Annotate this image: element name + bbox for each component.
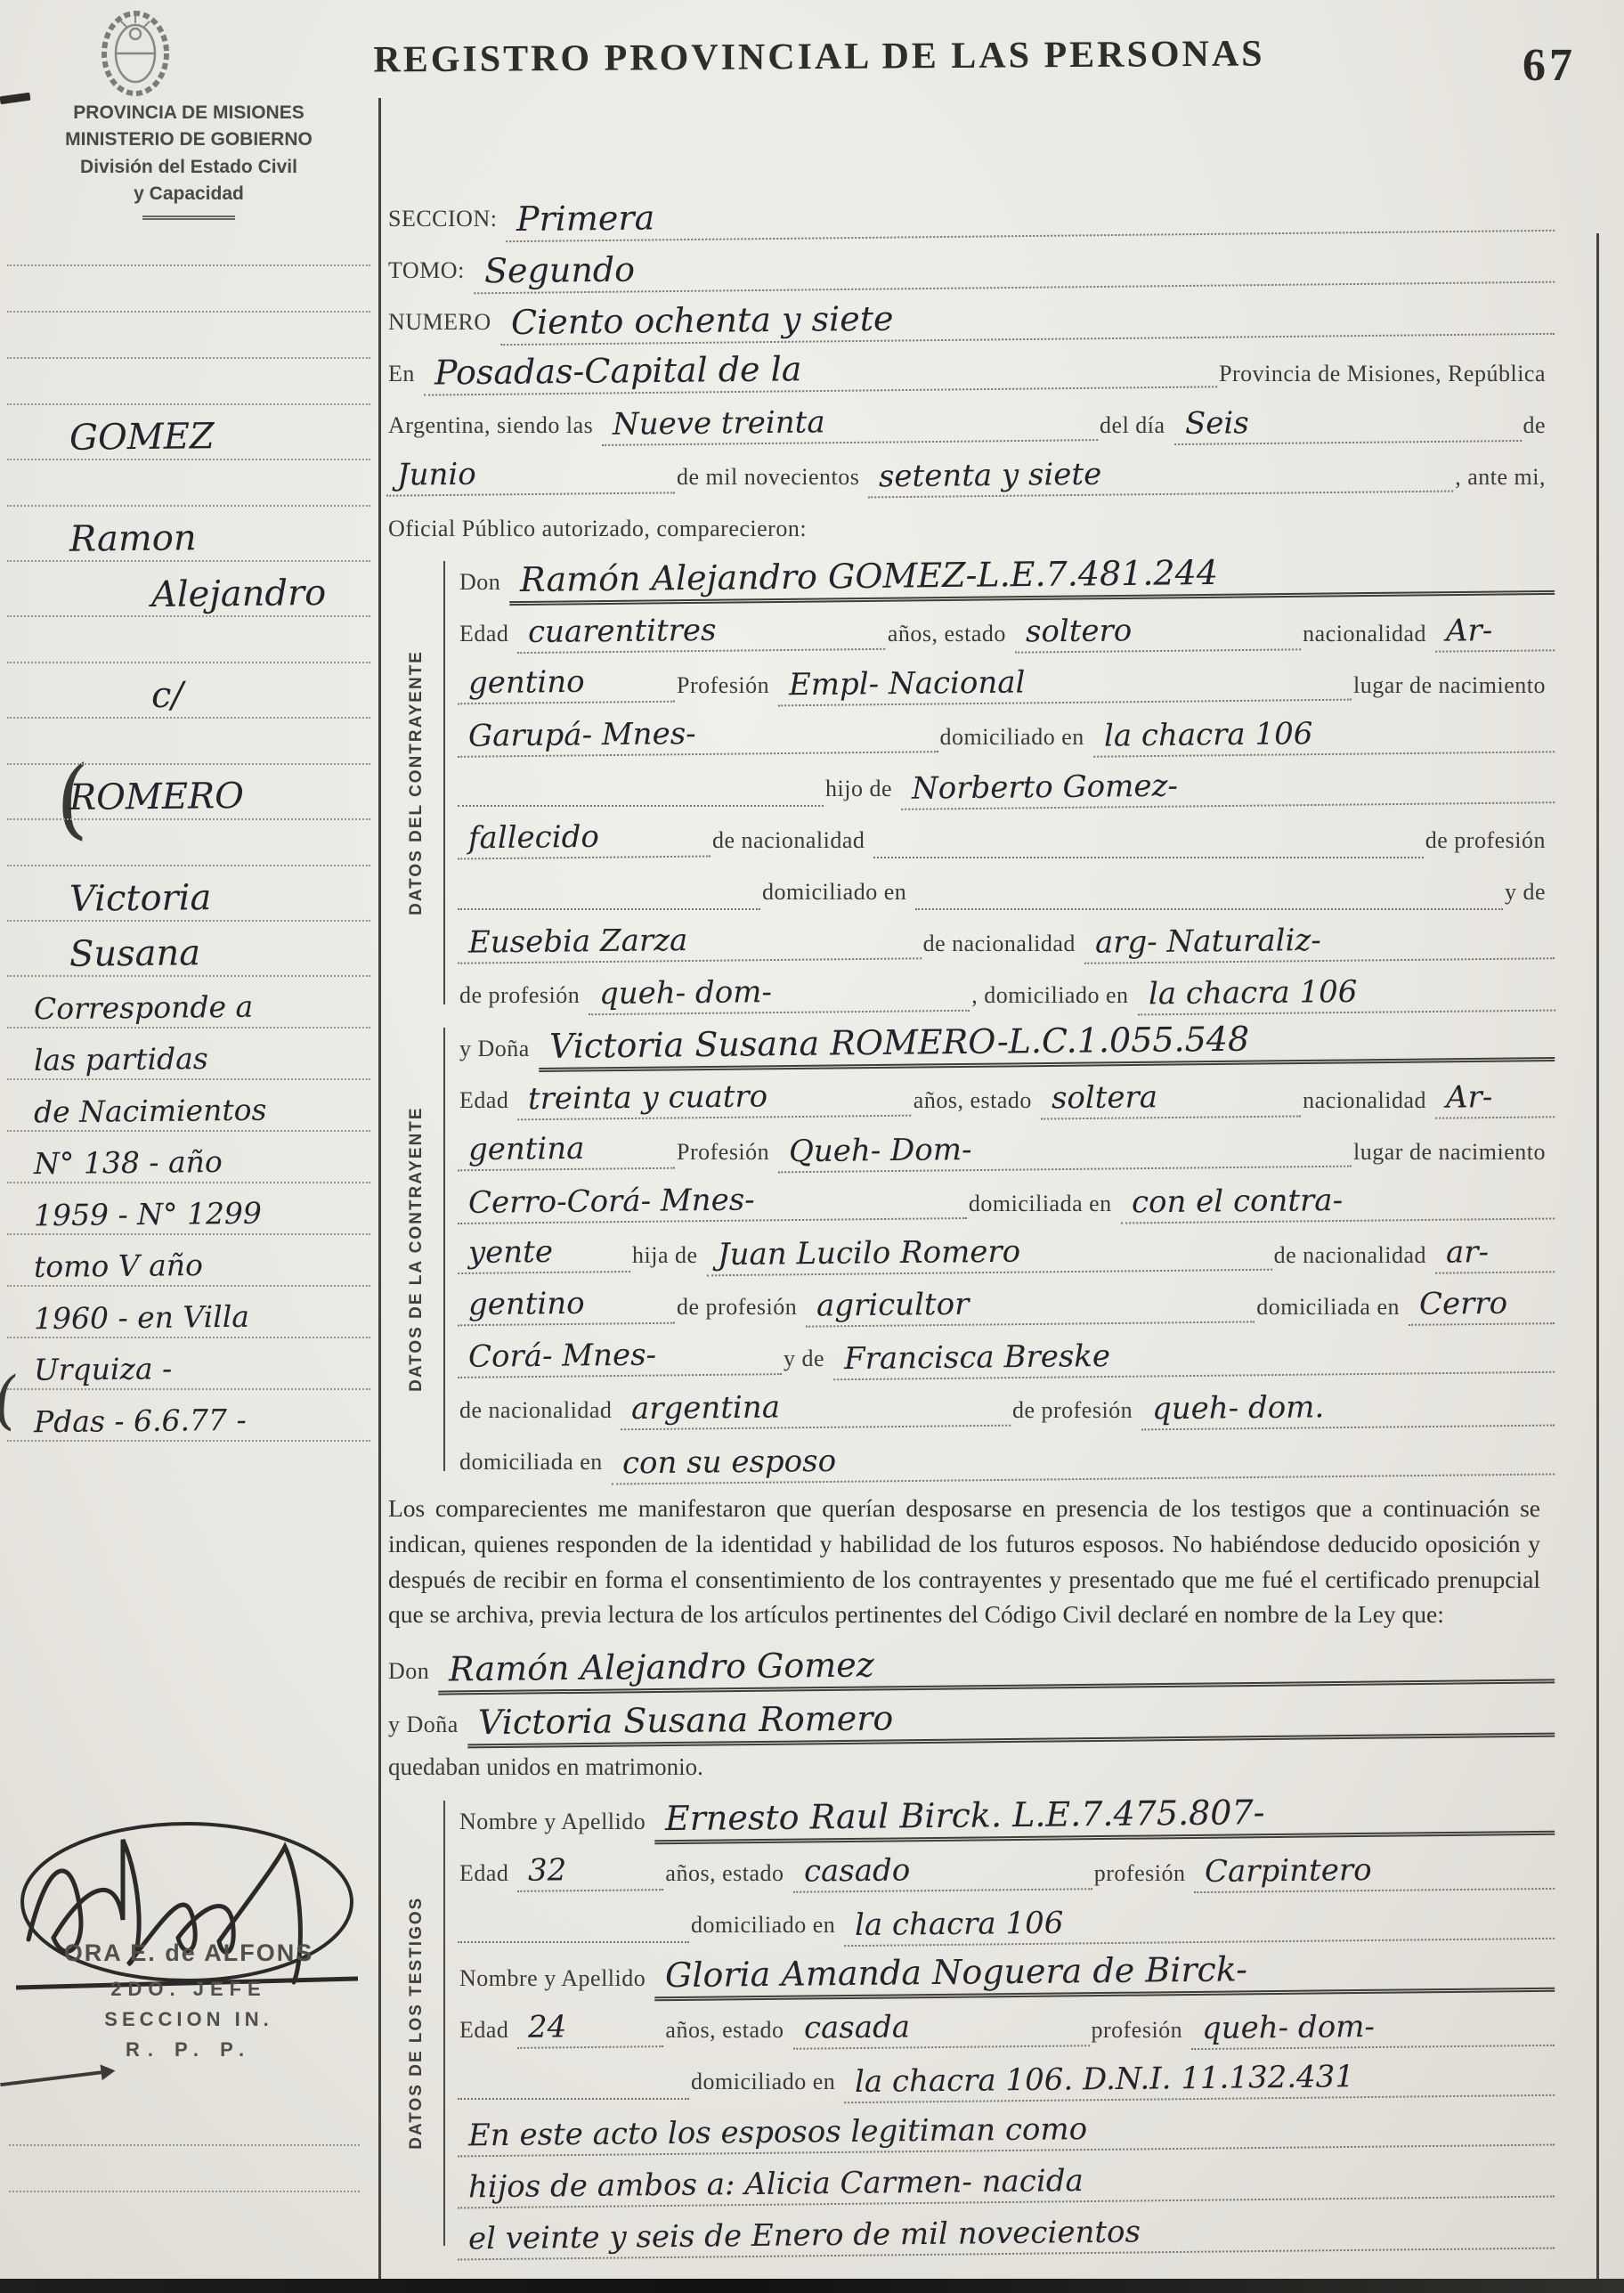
domiciliada-label: domiciliada en [967, 1191, 1121, 1222]
groom-age-row: Edad cuarentitres años, estado soltero n… [458, 611, 1555, 652]
handwritten-text: ROMERO [59, 777, 255, 819]
handwritten-text: 1959 - N° 1299 [23, 1199, 272, 1235]
org-line: División del Estado Civil [24, 154, 353, 181]
bride-father-value: Juan Lucilo Romero [706, 1234, 1271, 1276]
handwritten-text: tomo V año [23, 1250, 214, 1286]
groom-nacionalidad-cont: gentino [458, 666, 675, 704]
groom-name-row: Don Ramón Alejandro GOMEZ-L.E.7.481.244 [458, 557, 1555, 600]
groom-nacionalidad-value: Ar- [1435, 615, 1555, 653]
ruled-line [7, 313, 370, 359]
blank-field [458, 775, 824, 807]
groom-section-label: DATOS DEL CONTRAYENTE [390, 561, 443, 1004]
y-de-label: y de [782, 1346, 833, 1377]
note-line: N° 138 - año [7, 1132, 370, 1183]
profesion-label: Profesión [675, 672, 778, 703]
y-dona-label: y Doña [386, 1712, 467, 1743]
bride-father-nat-cont: gentino [458, 1288, 675, 1326]
consent-paragraph: Los comparecientes me manifestaron que q… [388, 1491, 1540, 1633]
coat-of-arms-icon [77, 4, 194, 98]
domiciliado-label: domiciliado en [938, 724, 1093, 755]
legitimation-row: el veinte y seis de Enero de mil novecie… [458, 2214, 1555, 2255]
bride-mother-row: Corá- Mnes- y de Francisca Breske [458, 1336, 1555, 1377]
blank-field [458, 2068, 689, 2100]
form-row-tomo: TOMO: Segundo [386, 248, 1555, 289]
handwritten-text: Susana [59, 934, 212, 976]
ruled-line [7, 220, 370, 266]
witnesses-section: DATOS DE LOS TESTIGOS Nombre y Apellido … [386, 1797, 1555, 2255]
bride-mother-profession: queh- dom. [1141, 1390, 1555, 1431]
witness1-domicile-row: domiciliado en la chacra 106 [458, 1902, 1555, 1943]
case-name-bride-2: Susana [7, 922, 370, 977]
ante-mi-label: , ante mi, [1453, 464, 1555, 495]
handwritten-text: Pdas - 6.6.77 - [23, 1405, 257, 1441]
witness1-name-row: Nombre y Apellido Ernesto Raul Birck. L.… [458, 1797, 1555, 1840]
union-statement: quedaban unidos en matrimonio. [388, 1753, 1555, 1781]
don-label: Don [458, 569, 509, 600]
handwritten-text: Alejandro [141, 574, 337, 616]
witness2-name-row: Nombre y Apellido Gloria Amanda Noguera … [458, 1954, 1555, 1996]
y-dona-label: y Doña [458, 1036, 539, 1067]
argentina-label: Argentina, siendo las [386, 412, 602, 443]
declared-bride-row: y Doña Victoria Susana Romero [386, 1700, 1555, 1743]
blank-field [458, 1911, 689, 1943]
estado-label: años, estado [886, 621, 1015, 652]
bride-name-row: y Doña Victoria Susana ROMERO-L.C.1.055.… [458, 1024, 1555, 1067]
mes-value: Junio [386, 458, 675, 497]
note-line: 1960 - en Villa [7, 1287, 370, 1338]
provincia-label: Provincia de Misiones, República [1217, 361, 1555, 392]
lugar-label: lugar de nacimiento [1352, 672, 1555, 703]
ruled-line [7, 359, 370, 405]
ruled-lines [9, 2100, 360, 2192]
note-line: las partidas [7, 1029, 370, 1080]
bride-section-label: DATOS DE LA CONTRAYENTE [390, 1028, 443, 1471]
bride-nacionalidad-cont: gentina [458, 1133, 675, 1171]
ruled-line [7, 820, 370, 866]
de-profesion-label: de profesión [458, 982, 589, 1013]
y-de-label: y de [1503, 879, 1555, 910]
groom-father-status: fallecido [458, 821, 710, 860]
groom-mother-value: Eusebia Zarza [458, 923, 922, 964]
bride-lugar-value: Cerro-Corá- Mnes- [458, 1183, 967, 1224]
note-line: de Nacimientos [7, 1080, 370, 1132]
ruled-line [9, 2146, 360, 2192]
numero-value: Ciento ochenta y siete [499, 295, 1555, 346]
domiciliado-label: , domiciliado en [970, 982, 1137, 1013]
profesion-label: profesión [1089, 2017, 1191, 2048]
witness2-domicile-row: domiciliado en la chacra 106. D.N.I. 11.… [458, 2059, 1555, 2100]
stamp-section: SECCION IN. [9, 2008, 369, 2031]
de-nacionalidad-label: de nacionalidad [458, 1397, 621, 1428]
form-row-time-day: Argentina, siendo las Nueve treinta del … [386, 402, 1555, 443]
oficial-label: Oficial Público autorizado, compareciero… [386, 516, 816, 547]
case-surname-groom: GOMEZ [7, 405, 370, 460]
official-signature-block: ORA E. de ALFONS 2DO. JEFE SECCION IN. R… [9, 1806, 369, 2224]
profesion-label: Profesión [675, 1139, 778, 1170]
groom-mother-profession-row: de profesión queh- dom- , domiciliado en… [458, 972, 1555, 1013]
tomo-value: Segundo [474, 243, 1555, 295]
witness1-name: Ernesto Raul Birck. L.E.7.475.807- [654, 1793, 1555, 1844]
bride-father-domicile: Cerro [1409, 1288, 1555, 1325]
note-line: 1959 - N° 1299 [7, 1183, 370, 1235]
bride-father-row: yente hija de Juan Lucilo Romero de naci… [458, 1232, 1555, 1273]
seccion-label: SECCION: [386, 206, 506, 237]
groom-domicilio-value: la chacra 106 [1093, 716, 1555, 757]
case-name-bride: Victoria [7, 866, 370, 922]
form-row-numero: NUMERO Ciento ochenta y siete [386, 299, 1555, 340]
blank-field [873, 826, 1423, 858]
bride-father-profession: agricultor [806, 1286, 1255, 1327]
handwritten-text: de Nacimientos [23, 1095, 278, 1132]
domiciliado-label: domiciliado en [689, 2069, 844, 2100]
bride-profesion-value: Queh- Dom- [778, 1131, 1352, 1173]
witness1-domicile: la chacra 106 [844, 1903, 1555, 1947]
ruled-line [7, 617, 370, 663]
edad-label: Edad [458, 1860, 517, 1891]
case-name-groom-2: Alejandro [7, 562, 370, 617]
hijo-de-label: hijo de [824, 776, 901, 807]
groom-lugar-value: Garupá- Mnes- [458, 716, 938, 757]
declared-groom-name: Ramón Alejandro Gomez [438, 1641, 1555, 1695]
bride-estado-value: soltera [1041, 1081, 1302, 1120]
bride-rail: DATOS DE LA CONTRAYENTE [390, 1028, 445, 1471]
handwritten-text: N° 138 - año [23, 1147, 233, 1183]
legitimation-line: En este acto los esposos legitiman como [458, 2110, 1555, 2158]
witness2-domicile: la chacra 106. D.N.I. 11.132.431 [844, 2060, 1555, 2103]
de-profesion-label: de profesión [1424, 827, 1555, 858]
stamp-role: 2DO. JEFE [9, 1978, 369, 2001]
handwritten-text: c/ [141, 676, 194, 717]
profesion-label: profesión [1092, 1860, 1195, 1891]
groom-father-status-row: fallecido de nacionalidad de profesión [458, 817, 1555, 858]
del-dia-label: del día [1098, 412, 1174, 443]
handwritten-text: las partidas [23, 1044, 219, 1079]
groom-father-value: Norberto Gomez- [901, 767, 1555, 809]
witness2-age-row: Edad 24 años, estado casada profesión qu… [458, 2007, 1555, 2048]
declared-groom-row: Don Ramón Alejandro Gomez [386, 1647, 1555, 1689]
don-label: Don [386, 1658, 438, 1689]
handwritten-text: Corresponde a [23, 992, 264, 1028]
domiciliada-label: domiciliada en [458, 1449, 612, 1480]
bride-age-row: Edad treinta y cuatro años, estado solte… [458, 1077, 1555, 1118]
form-row-oficial: Oficial Público autorizado, compareciero… [386, 506, 1555, 547]
groom-father-domicile-row: domiciliado en y de [458, 869, 1555, 910]
column-divider [378, 98, 381, 2293]
handwritten-text: 1960 - en Villa [23, 1302, 260, 1338]
org-line: PROVINCIA DE MISIONES [24, 100, 353, 126]
bride-mother-nationality: argentina [621, 1390, 1011, 1430]
ruled-line [7, 460, 370, 507]
estado-label: años, estado [663, 1860, 792, 1891]
form-row-place: En Posadas-Capital de la Provincia de Mi… [386, 351, 1555, 392]
stamp-name: ORA E. de ALFONS [9, 1939, 369, 1967]
witness1-estado: casado [792, 1854, 1092, 1893]
note-line: Urquiza - [7, 1338, 370, 1390]
tomo-label: TOMO: [386, 257, 474, 289]
domiciliado-label: domiciliado en [689, 1912, 844, 1943]
groom-rail: DATOS DEL CONTRAYENTE [390, 561, 445, 1004]
nombre-apellido-label: Nombre y Apellido [458, 1965, 654, 1996]
blank-field [458, 878, 760, 910]
bride-name-value: Victoria Susana ROMERO-L.C.1.055.548 [539, 1019, 1555, 1072]
form-row-month-year: Junio de mil novecientos setenta y siete… [386, 454, 1555, 495]
official-stamp: ORA E. de ALFONS 2DO. JEFE SECCION IN. R… [9, 1939, 369, 2061]
domiciliada-label: domiciliada en [1255, 1294, 1409, 1325]
de-profesion-label: de profesión [675, 1294, 806, 1325]
ruled-line [7, 266, 370, 313]
edad-label: Edad [458, 2017, 517, 2048]
lugar-label: lugar de nacimiento [1352, 1139, 1555, 1170]
anio-value: setenta y siete [868, 456, 1453, 499]
domiciliado-label: domiciliado en [760, 879, 915, 910]
page-title: REGISTRO PROVINCIAL DE LAS PERSONAS [285, 32, 1353, 82]
witness2-profession: queh- dom- [1191, 2010, 1555, 2050]
place-value: Posadas-Capital de la [424, 347, 1218, 395]
estado-label: años, estado [663, 2017, 792, 2048]
groom-father-row: hijo de Norberto Gomez- [458, 766, 1555, 807]
case-versus: c/ [7, 663, 370, 719]
groom-name-value: Ramón Alejandro GOMEZ-L.E.7.481.244 [509, 552, 1555, 606]
en-label: En [386, 361, 424, 392]
blank-field [915, 878, 1503, 910]
witness1-age: 32 [517, 1854, 663, 1891]
stamp-org: R. P. P. [9, 2038, 369, 2061]
legitimation-row: hijos de ambos a: Alicia Carmen- nacida [458, 2162, 1555, 2203]
ruled-line [9, 2100, 360, 2146]
witness2-name: Gloria Amanda Noguera de Birck- [654, 1949, 1555, 2001]
right-margin-rule [1596, 233, 1599, 2281]
witnesses-section-label: DATOS DE LOS TESTIGOS [390, 1801, 443, 2246]
sidebar: PROVINCIA DE MISIONES MINISTERIO DE GOBI… [7, 100, 370, 1442]
groom-profesion-value: Empl- Nacional [778, 664, 1352, 706]
case-name-groom: Ramon [7, 507, 370, 562]
form-main: SECCION: Primera TOMO: Segundo NUMERO Ci… [386, 196, 1590, 2265]
nacionalidad-label: nacionalidad [1301, 1087, 1435, 1118]
note-line: tomo V año [7, 1235, 370, 1287]
bride-mother-domicile-row: domiciliada en con su esposo [458, 1439, 1555, 1480]
handwritten-text: Urquiza - [23, 1354, 183, 1389]
de-label: de [1521, 412, 1555, 443]
witness2-age: 24 [517, 2011, 663, 2048]
legitimation-line: hijos de ambos a: Alicia Carmen- nacida [458, 2161, 1555, 2209]
de-nacionalidad-label: de nacionalidad [1272, 1242, 1435, 1273]
de-mil-label: de mil novecientos [675, 464, 868, 495]
bride-section: DATOS DE LA CONTRAYENTE y Doña Victoria … [386, 1024, 1555, 1480]
groom-section: DATOS DEL CONTRAYENTE Don Ramón Alejandr… [386, 557, 1555, 1013]
witness1-age-row: Edad 32 años, estado casado profesión Ca… [458, 1850, 1555, 1891]
groom-birthplace-row: Garupá- Mnes- domiciliado en la chacra 1… [458, 714, 1555, 755]
bride-profession-row: gentina Profesión Queh- Dom- lugar de na… [458, 1129, 1555, 1170]
groom-mother-nationality: arg- Naturaliz- [1084, 923, 1555, 964]
groom-mother-domicile: la chacra 106 [1137, 975, 1555, 1016]
de-profesion-label: de profesión [1011, 1397, 1141, 1428]
org-line: MINISTERIO DE GOBIERNO [24, 126, 353, 153]
handwritten-text: Ramon [59, 519, 207, 561]
de-nacionalidad-label: de nacionalidad [710, 827, 873, 858]
bride-father-nat: ar- [1435, 1236, 1555, 1273]
note-line: Corresponde a [7, 977, 370, 1029]
bride-mother-nat-row: de nacionalidad argentina de profesión q… [458, 1387, 1555, 1428]
witness1-profession: Carpintero [1194, 1853, 1555, 1893]
nacionalidad-label: nacionalidad [1301, 621, 1435, 652]
dia-value: Seis [1173, 405, 1521, 445]
page-number: 67 [1522, 39, 1576, 92]
nombre-apellido-label: Nombre y Apellido [458, 1809, 654, 1840]
case-surname-bride: ROMERO [7, 765, 370, 820]
bride-father-domicile-cont: Corá- Mnes- [458, 1338, 782, 1378]
edad-label: Edad [458, 621, 517, 652]
witnesses-rail: DATOS DE LOS TESTIGOS [390, 1801, 445, 2246]
handwritten-text: Victoria [59, 879, 223, 921]
groom-mother-row: Eusebia Zarza de nacionalidad arg- Natur… [458, 921, 1555, 962]
form-row-seccion: SECCION: Primera [386, 196, 1555, 237]
groom-mother-profession: queh- dom- [589, 975, 970, 1015]
hora-value: Nueve treinta [602, 404, 1098, 446]
issuing-office: PROVINCIA DE MISIONES MINISTERIO DE GOBI… [24, 100, 353, 220]
scan-bottom-edge [0, 2279, 1624, 2293]
bride-birthplace-row: Cerro-Corá- Mnes- domiciliada en con el … [458, 1181, 1555, 1222]
scanned-marriage-certificate: ( ( REGISTRO PROVINCIAL DE LAS PERSONAS … [0, 0, 1624, 2293]
edad-label: Edad [458, 1087, 517, 1118]
seccion-value: Primera [506, 191, 1555, 242]
groom-estado-value: soltero [1015, 614, 1302, 654]
bride-nacionalidad-value: Ar- [1435, 1081, 1555, 1118]
bride-domicilio-cont: yente [458, 1236, 630, 1274]
bride-father-profession-row: gentino de profesión agricultor domicili… [458, 1284, 1555, 1325]
bride-age-value: treinta y cuatro [517, 1080, 912, 1120]
bride-mother-value: Francisca Breske [833, 1337, 1555, 1380]
org-line: y Capacidad [24, 181, 353, 207]
handwritten-text: GOMEZ [59, 418, 225, 459]
de-nacionalidad-label: de nacionalidad [922, 931, 1084, 962]
legitimation-row: En este acto los esposos legitiman como [458, 2110, 1555, 2151]
bride-domicilio-value: con el contra- [1120, 1183, 1555, 1224]
hija-de-label: hija de [630, 1242, 707, 1273]
bride-mother-domicile: con su esposo [612, 1439, 1555, 1485]
groom-profession-row: gentino Profesión Empl- Nacional lugar d… [458, 663, 1555, 703]
estado-label: años, estado [912, 1087, 1041, 1118]
marginal-note: Corresponde a las partidas de Nacimiento… [7, 977, 370, 1442]
groom-age-value: cuarentitres [517, 614, 886, 654]
note-line: Pdas - 6.6.77 - [7, 1390, 370, 1442]
numero-label: NUMERO [386, 309, 500, 340]
declared-bride-name: Victoria Susana Romero [467, 1695, 1555, 1749]
legitimation-line: el veinte y seis de Enero de mil novecie… [458, 2213, 1555, 2261]
ruled-line [7, 719, 370, 765]
witness2-estado: casada [792, 2010, 1089, 2049]
